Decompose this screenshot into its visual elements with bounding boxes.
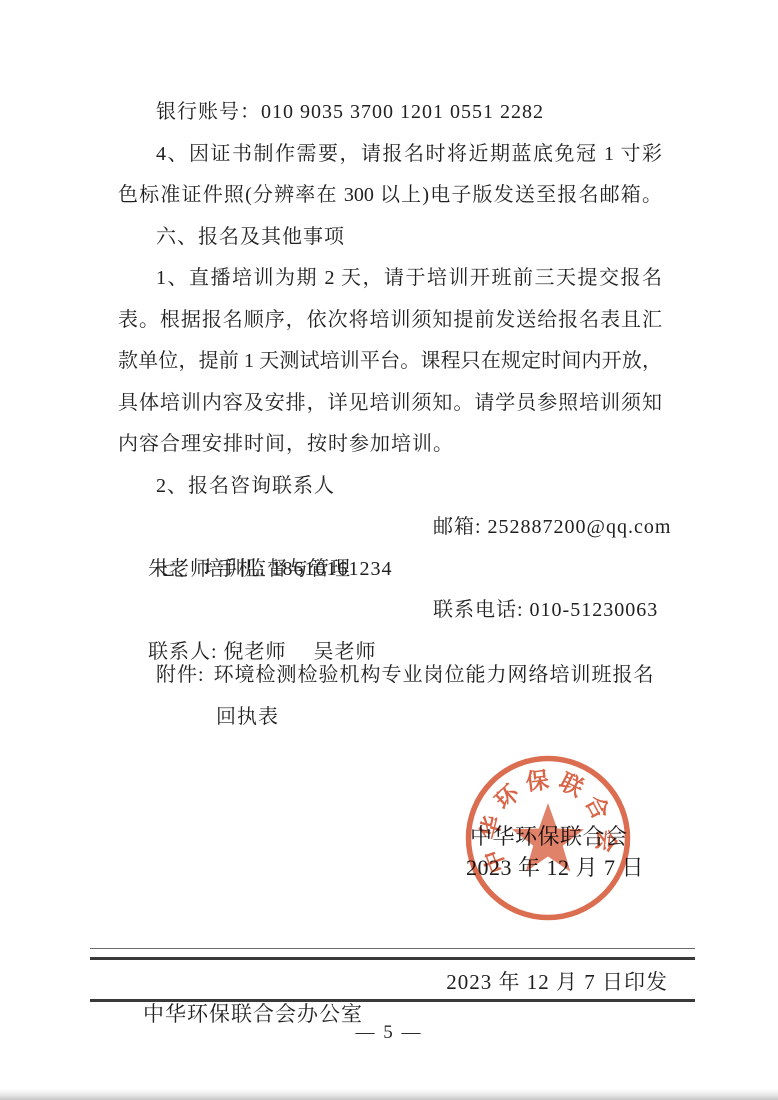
footer-rule-thin [90,948,695,949]
footer-issue-date: 2023 年 12 月 7 日印发 [446,966,668,998]
contact-zhu-line: 朱老师 手机: 18610161234 邮箱: 252887200@qq.com [118,507,662,549]
seal-star-icon [512,803,584,872]
paragraph6-line4: 具体培训内容及安排，详见培训须知。请学员参照培训须知 [118,383,662,425]
paragraph6-line2: 表。根据报名顺序，依次将培训须知提前发送给报名表且汇 [118,300,662,342]
bank-account-line: 银行账号：010 9035 3700 1201 0551 2282 [118,92,662,134]
attachment-line1: 附件:环境检测检验机构专业岗位能力网络培训班报名 [118,654,678,696]
supervise-contact-phone: 联系电话: 010-51230063 [433,590,658,632]
attachment-block: 附件:环境检测检验机构专业岗位能力网络培训班报名 回执表 [118,654,678,738]
page-number: — 5 — [0,1022,778,1044]
contact-zhu-name-phone: 朱老师 手机: 18610161234 [148,558,393,580]
official-seal-stamp: 中华环保联合会 [448,738,648,938]
attachment-label: 附件: [156,664,205,686]
document-page: 银行账号：010 9035 3700 1201 0551 2282 4、因证书制… [0,0,778,1100]
footer-rule-bottom [90,999,695,1002]
page-bottom-edge-shadow [0,1089,778,1100]
paragraph6-line5: 内容合理安排时间，按时参加培训。 [118,424,662,466]
attachment-title: 环境检测检验机构专业岗位能力网络培训班报名 [214,664,655,686]
footer-rule-top [90,957,695,960]
supervise-contact-line: 联系人: 倪老师 吴老师 联系电话: 010-51230063 [118,590,662,632]
paragraph4-line1: 4、因证书制作需要，请报名时将近期蓝底免冠 1 寸彩 [118,134,662,176]
item2-heading: 2、报名咨询联系人 [118,466,662,508]
paragraph6-line3: 款单位，提前 1 天测试培训平台。课程只在规定时间内开放， [118,341,662,383]
paragraph6-line1: 1、直播培训为期 2 天，请于培训开班前三天提交报名 [118,258,662,300]
document-body: 银行账号：010 9035 3700 1201 0551 2282 4、因证书制… [118,92,662,632]
paragraph4-line2: 色标准证件照(分辨率在 300 以上)电子版发送至报名邮箱。 [118,175,662,217]
attachment-line2: 回执表 [118,696,678,738]
footer-colophon: 中华环保联合会办公室 2023 年 12 月 7 日印发 [118,966,668,998]
contact-zhu-email: 邮箱: 252887200@qq.com [433,507,671,549]
section6-heading: 六、报名及其他事项 [118,217,662,259]
